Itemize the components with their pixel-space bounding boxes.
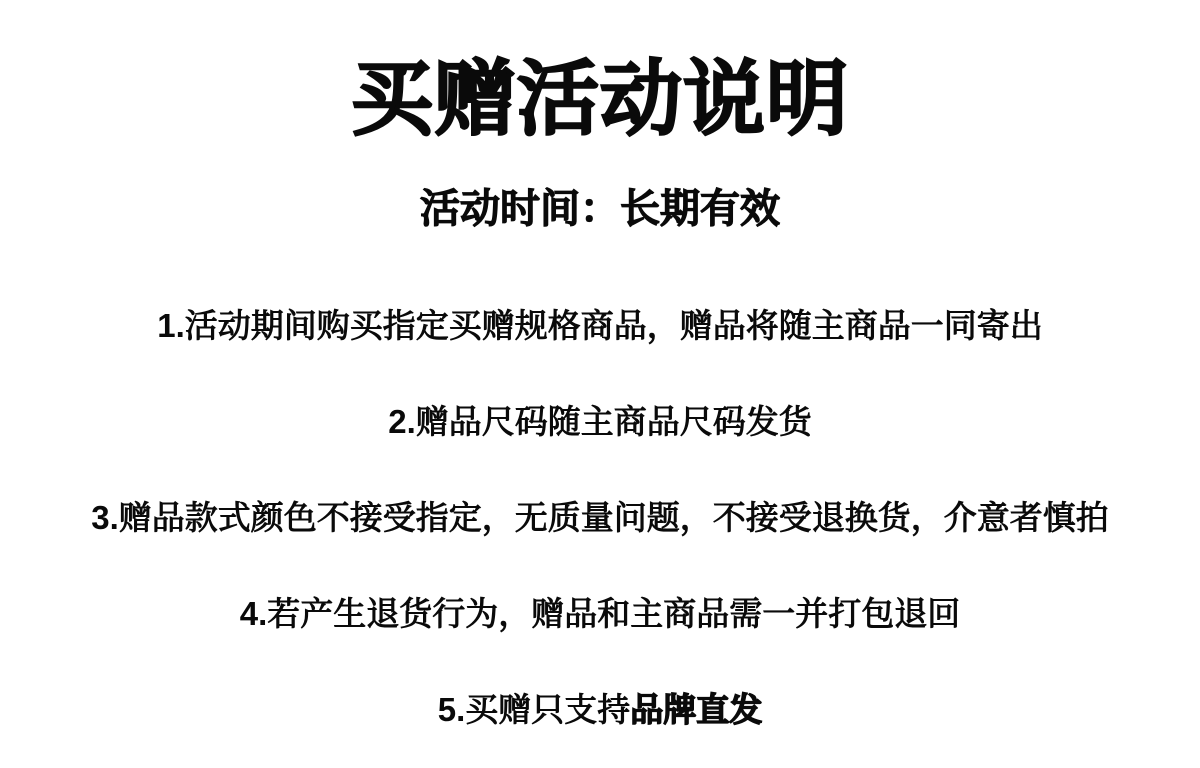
notice-item-2: 2.赠品尺码随主商品尺码发货 [0,399,1200,445]
notice-item-5-emphasis: 品牌直发 [630,691,762,728]
notice-item-5-text: 5.买赠只支持 [438,691,631,728]
page-title: 买赠活动说明 [0,48,1200,152]
notice-list: 1.活动期间购买指定买赠规格商品，赠品将随主商品一同寄出 2.赠品尺码随主商品尺… [0,303,1200,733]
notice-item-1: 1.活动期间购买指定买赠规格商品，赠品将随主商品一同寄出 [0,303,1200,349]
activity-time-subtitle: 活动时间：长期有效 [0,184,1200,234]
notice-item-5: 5.买赠只支持品牌直发 [0,687,1200,733]
notice-item-3: 3.赠品款式颜色不接受指定，无质量问题，不接受退换货，介意者慎拍 [0,495,1200,541]
notice-item-4: 4.若产生退货行为，赠品和主商品需一并打包退回 [0,591,1200,637]
